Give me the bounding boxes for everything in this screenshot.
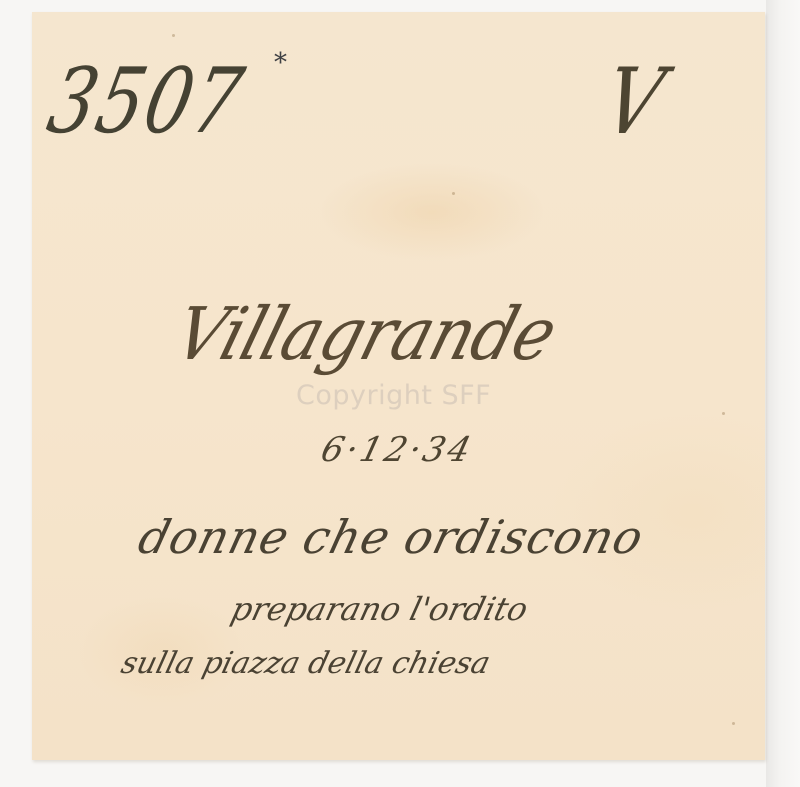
- star-icon: *: [274, 48, 287, 78]
- catalog-number: 3507: [40, 48, 254, 153]
- caption-line: preparano l'ordito: [227, 590, 532, 628]
- copyright-watermark: Copyright SFF: [296, 380, 491, 411]
- caption-line: donne che ordiscono: [133, 510, 649, 564]
- place-name: Villagrande: [166, 292, 565, 377]
- backdrop-edge: [766, 0, 800, 787]
- date: 6·12·34: [317, 430, 478, 470]
- caption-line: sulla piazza della chiesa: [118, 646, 494, 681]
